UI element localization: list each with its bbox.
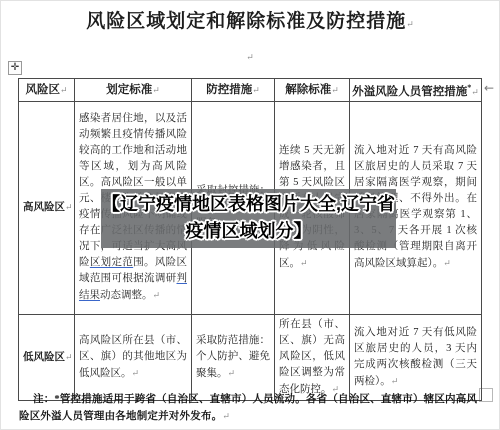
table-row: 低风险区↵ 高风险区所在县（市、区、旗）的其他地区为低风险区。↵ 采取防范措施：… <box>19 314 482 400</box>
page-title: 风险区域划定和解除标准及防控措施↵ <box>1 6 499 33</box>
paragraph-mark-icon: ↵ <box>391 376 399 386</box>
paragraph-mark-icon: ↵ <box>132 368 140 378</box>
paragraph-mark-icon: ↵ <box>300 258 308 268</box>
header-release: 解除标准↵ <box>275 79 350 102</box>
cell-low-risk-control: 采取防范措施：个人防护、避免聚集。↵ <box>192 314 275 400</box>
document-page: 风险区域划定和解除标准及防控措施↵ ↵ ✛ ← 风险区↵ 划定标准↵ 防控措施↵… <box>0 0 500 430</box>
cell-low-risk-delineation: 高风险区所在县（市、区、旗）的其他地区为低风险区。↵ <box>75 314 192 400</box>
paragraph-mark-icon: ↵ <box>471 87 479 97</box>
move-cross-icon: ✛ <box>11 62 19 73</box>
header-risk-zone: 风险区↵ <box>19 79 75 102</box>
paragraph-mark-icon: ↵ <box>222 411 230 421</box>
paragraph-mark-icon: ↵ <box>331 85 339 95</box>
paragraph-mark-icon: ↵ <box>65 202 73 212</box>
cell-low-risk-label: 低风险区↵ <box>19 314 75 400</box>
cell-high-risk-label: 高风险区↵ <box>19 101 75 314</box>
header-spillover: 外溢风险人员管控措施*↵ <box>350 79 482 102</box>
footnote-line-1: 注：*管控措施适用于跨省（自治区、直辖市）人员流动。各省（自治区、直辖市）辖区内… <box>33 391 477 406</box>
header-delineation: 划定标准↵ <box>75 79 192 102</box>
paragraph-mark-icon: ↵ <box>228 368 236 378</box>
paragraph-mark-icon: ↵ <box>152 85 160 95</box>
paragraph-mark-icon: ↵ <box>246 52 254 62</box>
cell-text: 动态调整。 <box>100 290 153 301</box>
paragraph-mark-icon: ↵ <box>153 290 161 300</box>
paragraph-mark-icon: ↵ <box>252 85 260 95</box>
paragraph-mark-icon: ↵ <box>406 19 414 29</box>
watermark-overlay: 【辽宁疫情地区表格图片大全,辽宁省 疫情区域划分】 <box>101 189 396 248</box>
cell-low-risk-release: 所在县（市、区、旗）无高风险区，低风险区调整为常态化防控。↵ <box>275 314 350 400</box>
watermark-line-2: 疫情区域划分】 <box>101 218 396 245</box>
row-end-mark-icon: ← <box>484 81 494 95</box>
paragraph-mark-icon: ↵ <box>65 352 73 362</box>
watermark-line-1: 【辽宁疫情地区表格图片大全,辽宁省 <box>101 191 396 218</box>
left-arrow-icon: ← <box>484 81 494 95</box>
proofing-underlined-text: 区划定范 <box>90 257 133 268</box>
table-header-row: 风险区↵ 划定标准↵ 防控措施↵ 解除标准↵ 外溢风险人员管控措施*↵ <box>19 79 482 102</box>
empty-paragraph: ↵ <box>1 47 499 65</box>
cell-low-risk-spillover: 流入地对近 7 天有低风险区旅居史的人员，3 天内完成两次核酸检测（三天两检）。… <box>350 314 482 400</box>
page-title-text: 风险区域划定和解除标准及防控措施 <box>86 11 406 32</box>
footnote-line-2: 险区外溢人员管理由各地制定并对外发布。↵ <box>19 408 230 423</box>
header-control: 防控措施↵ <box>192 79 275 102</box>
paragraph-mark-icon: ↵ <box>60 85 68 95</box>
paragraph-mark-icon: ↵ <box>443 258 451 268</box>
table-move-handle-icon[interactable]: ✛ <box>8 61 22 75</box>
